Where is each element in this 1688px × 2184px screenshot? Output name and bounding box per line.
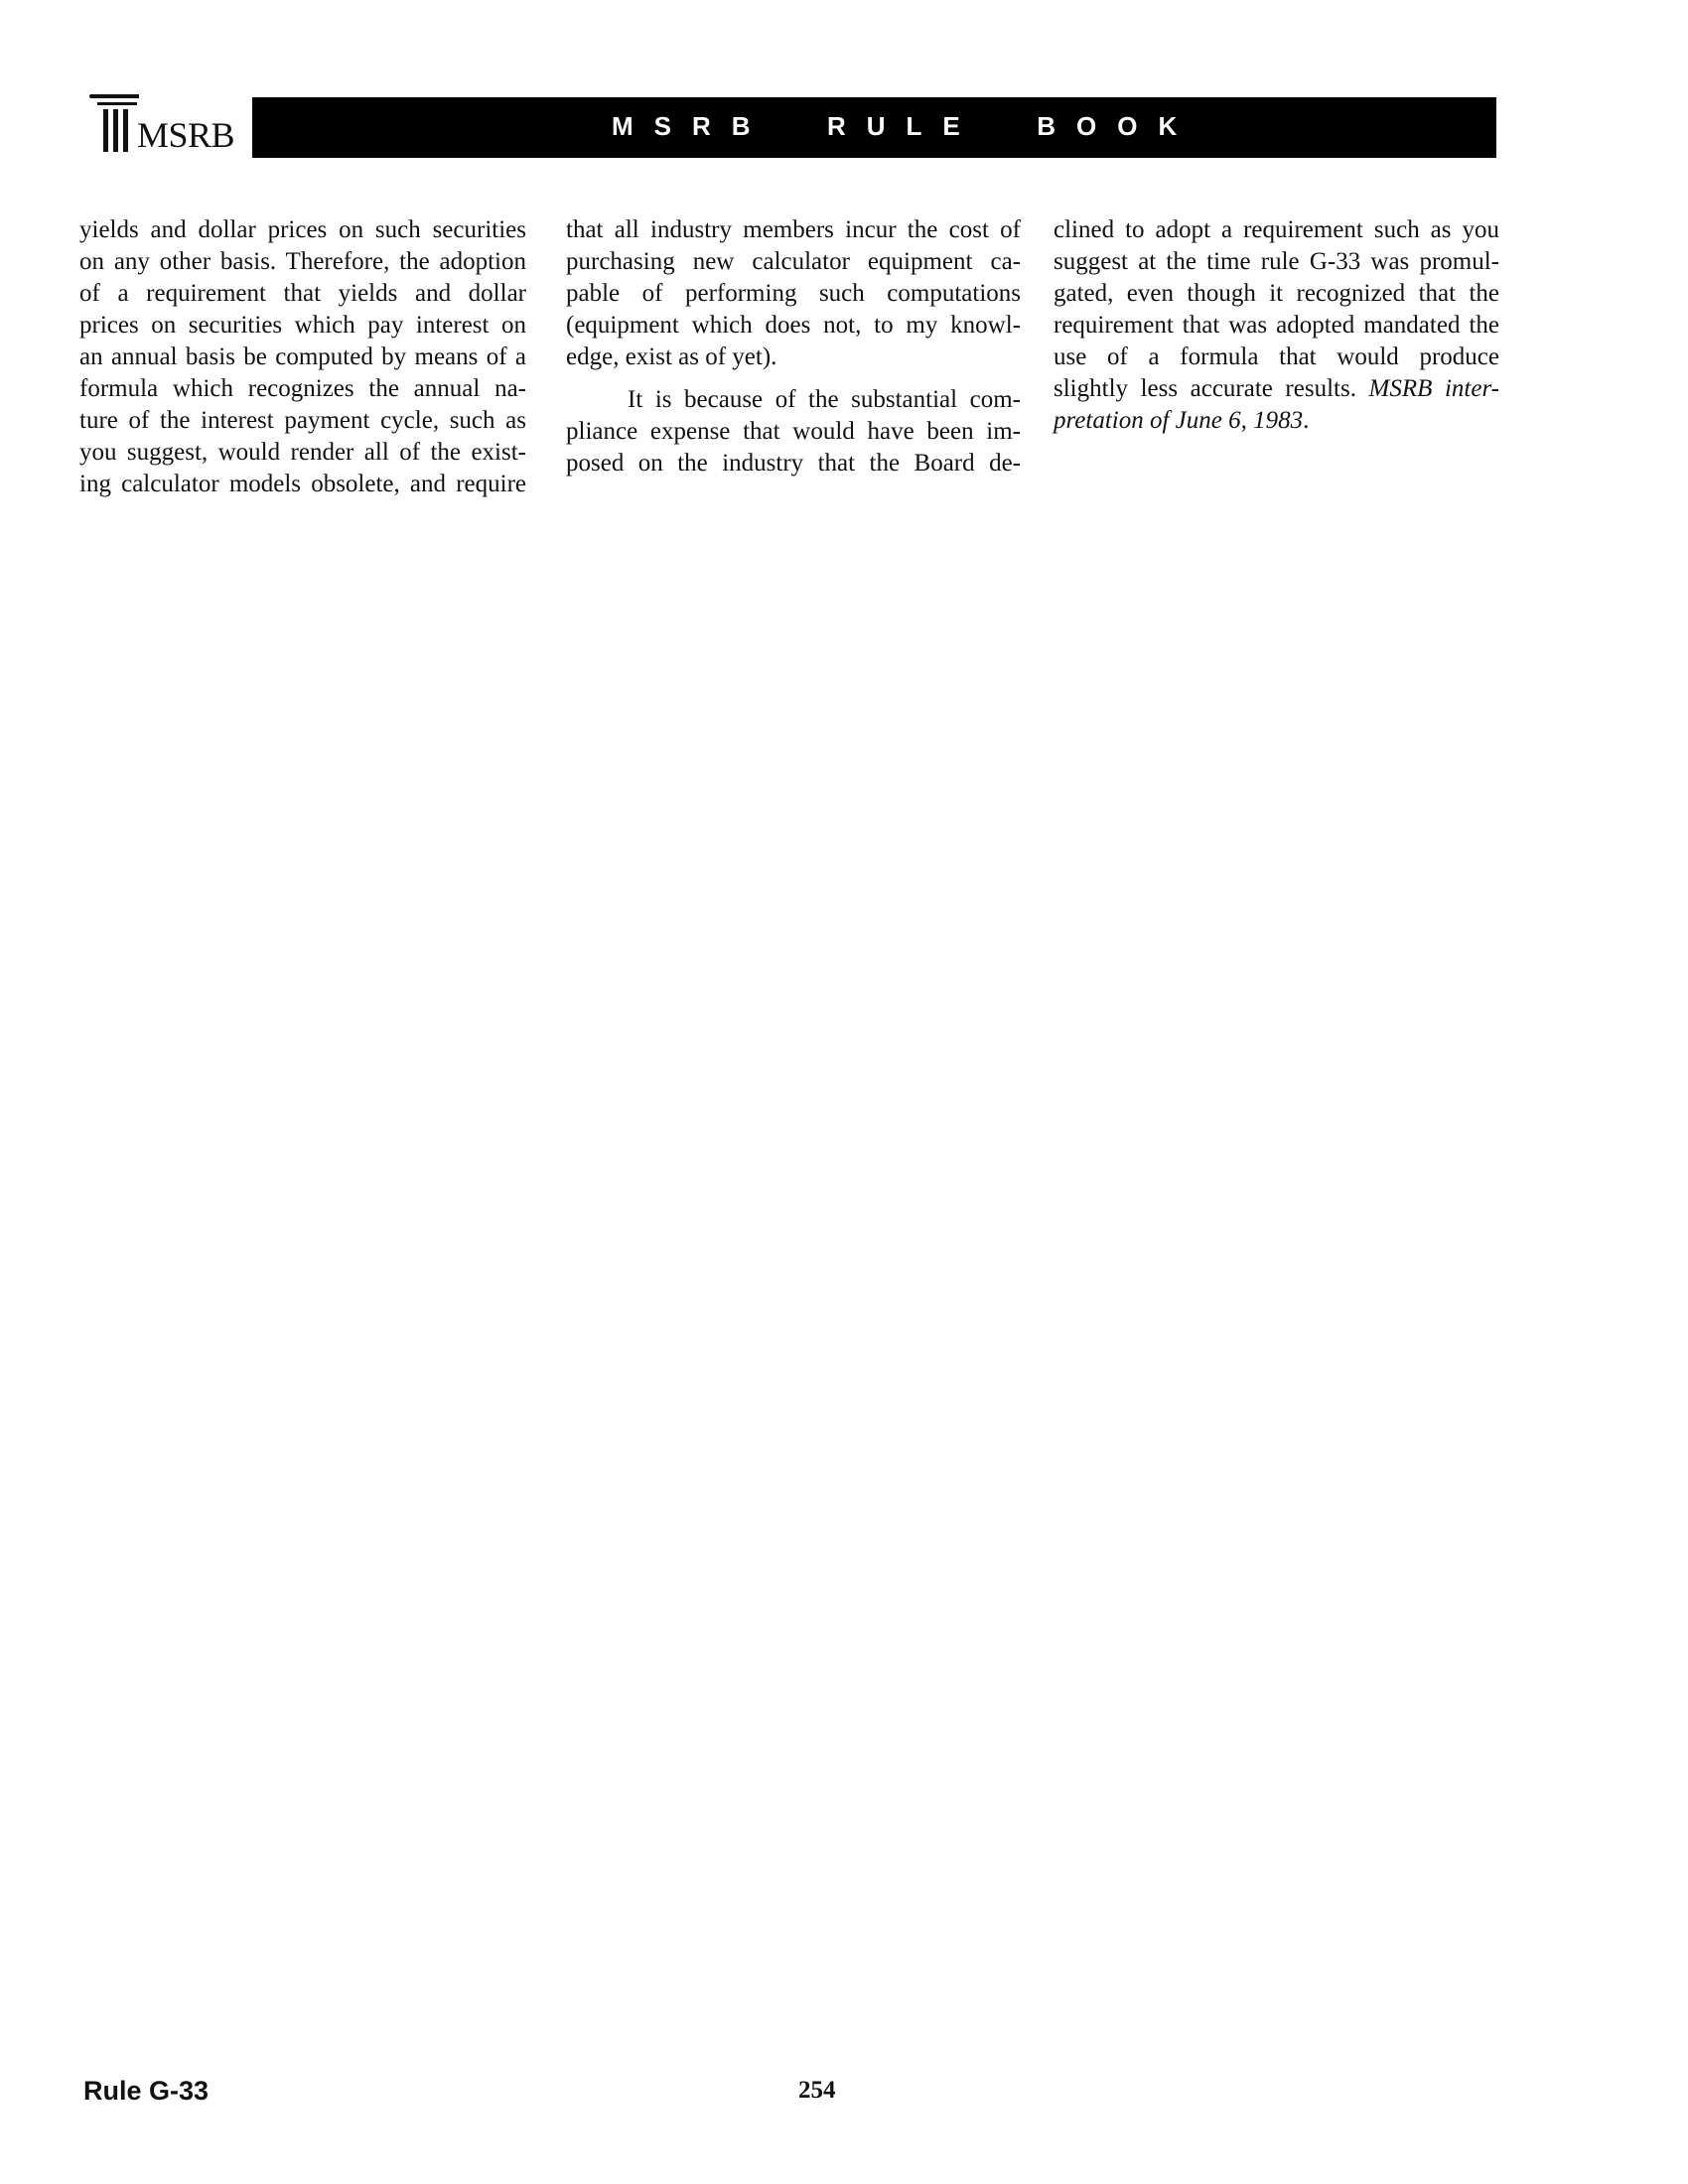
- text-column-3: clined to adopt a requirement such as yo…: [1054, 214, 1499, 437]
- text-line: prices on securities which pay interest …: [79, 310, 526, 341]
- header-bar: MSRB RULE BOOK: [252, 97, 1496, 158]
- text-line: pable of performing such computations: [566, 278, 1021, 310]
- text-line: on any other basis. Therefore, the adopt…: [79, 246, 526, 278]
- text-line: formula which recognizes the annual na-: [79, 373, 526, 405]
- text-line: gated, even though it recognized that th…: [1054, 278, 1499, 310]
- text-line: edge, exist as of yet).: [566, 341, 1021, 373]
- text-line: posed on the industry that the Board de-: [566, 448, 1021, 479]
- text-column-2: that all industry members incur the cost…: [566, 214, 1021, 479]
- text-segment: .: [1303, 407, 1309, 434]
- logo-text: MSRB: [137, 117, 234, 153]
- column-pillar-icon: [123, 109, 128, 152]
- text-line: purchasing new calculator equipment ca-: [566, 246, 1021, 278]
- column-capital-icon: [97, 102, 137, 105]
- text-line: clined to adopt a requirement such as yo…: [1054, 214, 1499, 246]
- msrb-logo: MSRB: [87, 91, 236, 157]
- page-header-title: MSRB RULE BOOK: [612, 111, 1197, 141]
- text-line: pliance expense that would have been im-: [566, 416, 1021, 448]
- text-line: that all industry members incur the cost…: [566, 214, 1021, 246]
- column-pillar-icon: [103, 109, 108, 152]
- text-line: use of a formula that would produce: [1054, 341, 1499, 373]
- text-line: ture of the interest payment cycle, such…: [79, 405, 526, 437]
- text-column-1: yields and dollar prices on such securit…: [79, 214, 526, 500]
- text-line: you suggest, would render all of the exi…: [79, 437, 526, 469]
- text-segment: slightly less accurate results.: [1054, 375, 1356, 402]
- text-line: requirement that was adopted mandated th…: [1054, 310, 1499, 341]
- page-number: 254: [798, 2076, 836, 2106]
- text-line: It is because of the substantial com-: [566, 384, 1021, 416]
- text-line: yields and dollar prices on such securit…: [79, 214, 526, 246]
- text-line: pretation of June 6, 1983.: [1054, 405, 1499, 437]
- text-line: of a requirement that yields and dollar: [79, 278, 526, 310]
- text-line: suggest at the time rule G-33 was promul…: [1054, 246, 1499, 278]
- text-line: an annual basis be computed by means of …: [79, 341, 526, 373]
- column-pillar-icon: [113, 109, 118, 152]
- paragraph-gap: [566, 373, 1021, 384]
- text-line: ing calculator models obsolete, and requ…: [79, 469, 526, 500]
- footer-rule-label: Rule G-33: [83, 2075, 209, 2107]
- citation-text: MSRB inter-: [1369, 375, 1499, 402]
- text-line: slightly less accurate results. MSRB int…: [1054, 373, 1499, 405]
- text-line: (equipment which does not, to my knowl-: [566, 310, 1021, 341]
- citation-text: pretation of June 6, 1983: [1054, 407, 1303, 434]
- column-capital-icon: [89, 94, 139, 98]
